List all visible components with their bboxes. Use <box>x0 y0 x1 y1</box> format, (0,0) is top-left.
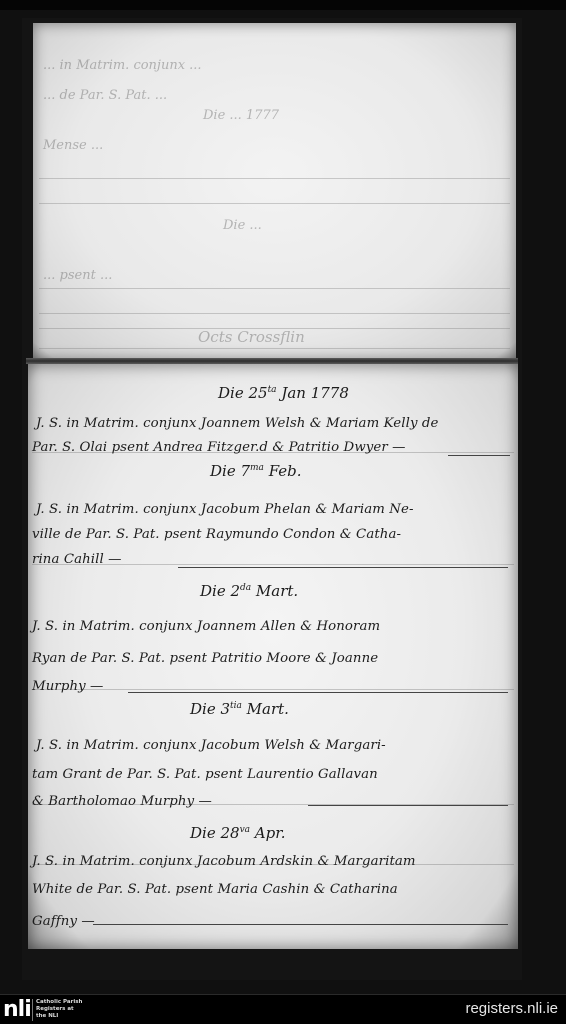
ruled-line <box>39 348 510 349</box>
ruled-line <box>39 313 510 314</box>
ghost-text: Die ... 1777 <box>203 108 279 123</box>
entry-text-line: J. S. in Matrim. conjunx Joannem Allen &… <box>32 619 380 634</box>
date-ordinal: da <box>240 583 251 593</box>
date-day: Die 7 <box>210 462 250 480</box>
footer-bar: nli Catholic Parish Registers at the NLI… <box>0 994 566 1024</box>
entry-text-line: J. S. in Matrim. conjunx Jacobum Phelan … <box>36 502 414 517</box>
ruled-line <box>39 288 510 289</box>
entry-text-line: & Bartholomao Murphy — <box>32 794 212 809</box>
line-filler <box>178 567 508 568</box>
ghost-text: ... psent ... <box>43 268 112 283</box>
line-filler <box>448 455 510 456</box>
entry-text-line: tam Grant de Par. S. Pat. psent Laurenti… <box>32 767 378 782</box>
date-month: Feb. <box>264 462 302 480</box>
date-day: Die 28 <box>190 824 240 842</box>
entry-text-line: Gaffny — <box>32 914 95 929</box>
entry-date: Die 2da Mart. <box>200 582 298 600</box>
logo-caption: Catholic Parish Registers at the NLI <box>36 999 82 1020</box>
logo-caption-line: Catholic Parish <box>36 999 82 1006</box>
date-ordinal: tia <box>230 701 242 711</box>
register-page: Die 25ta Jan 1778 J. S. in Matrim. conju… <box>28 364 518 949</box>
ghost-text: ... de Par. S. Pat. ... <box>43 88 167 103</box>
entry-text-line: J. S. in Matrim. conjunx Joannem Welsh &… <box>36 416 439 431</box>
date-month: Apr. <box>250 824 286 842</box>
entry-text-line: ville de Par. S. Pat. psent Raymundo Con… <box>32 527 401 542</box>
line-filler <box>308 805 508 806</box>
ruled-line <box>32 689 514 690</box>
entry-text-line: rina Cahill — <box>32 552 122 567</box>
entry-date: Die 28va Apr. <box>190 824 286 842</box>
entry-date: Die 7ma Feb. <box>210 462 302 480</box>
entry-text-line: White de Par. S. Pat. psent Maria Cashin… <box>32 882 398 897</box>
register-image-viewer[interactable]: Die ... 1777 ... in Matrim. conjunx ... … <box>0 0 566 994</box>
date-ordinal: ma <box>250 463 264 473</box>
date-ordinal: ta <box>268 385 277 395</box>
line-filler <box>128 692 508 693</box>
ghost-text: Mense ... <box>43 138 103 153</box>
line-filler <box>93 924 508 925</box>
date-day: Die 25 <box>218 384 268 402</box>
date-month: Jan 1778 <box>277 384 349 402</box>
date-month: Mart. <box>251 582 298 600</box>
entry-date: Die 25ta Jan 1778 <box>218 384 349 402</box>
entry-text-line: J. S. in Matrim. conjunx Jacobum Ardskin… <box>32 854 416 869</box>
ruled-line <box>39 203 510 204</box>
date-day: Die 2 <box>200 582 240 600</box>
date-day: Die 3 <box>190 700 230 718</box>
entry-text-line: J. S. in Matrim. conjunx Jacobum Welsh &… <box>36 738 386 753</box>
entry-text-line: Murphy — <box>32 679 103 694</box>
entry-text-line: Par. S. Olai psent Andrea Fitzger.d & Pa… <box>32 440 406 455</box>
date-ordinal: va <box>240 825 250 835</box>
ghost-text: Die ... <box>223 218 262 233</box>
entry-date: Die 3tia Mart. <box>190 700 289 718</box>
film-edge <box>0 0 566 10</box>
entry-text-line: Ryan de Par. S. Pat. psent Patritio Moor… <box>32 651 378 666</box>
site-url-link[interactable]: registers.nli.ie <box>465 1000 558 1017</box>
ghost-footer-text: Octs Crossflin <box>198 328 305 346</box>
logo-caption-line: Registers at <box>36 1006 82 1013</box>
logo-divider <box>32 999 33 1021</box>
ruled-line <box>39 178 510 179</box>
date-month: Mart. <box>242 700 289 718</box>
logo-caption-line: the NLI <box>36 1013 82 1020</box>
faded-upper-page: Die ... 1777 ... in Matrim. conjunx ... … <box>33 23 516 360</box>
nli-logo[interactable]: nli <box>3 998 31 1022</box>
ghost-text: ... in Matrim. conjunx ... <box>43 58 202 73</box>
